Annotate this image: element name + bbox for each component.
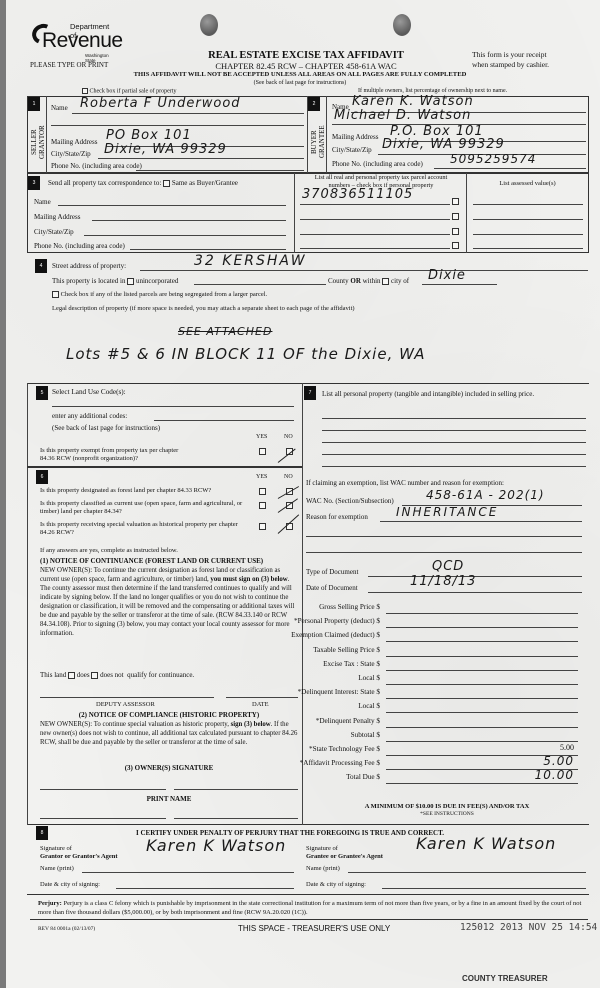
- section-number-6: 6: [36, 470, 48, 484]
- fee-row: *Personal Property (deduct) $: [302, 617, 592, 629]
- city-of-field[interactable]: Dixie: [428, 268, 466, 283]
- fee-row: Exemption Claimed (deduct) $: [302, 631, 592, 643]
- exempt-yes-checkbox[interactable]: [259, 448, 266, 455]
- county-treasurer-stamp: COUNTY TREASURER: [462, 974, 548, 983]
- personal-property-label: List all personal property (tangible and…: [322, 389, 584, 400]
- seller-grantor-label: SELLERGRANTOR: [30, 118, 46, 166]
- fee-label: *Personal Property (deduct) $: [294, 617, 380, 625]
- within-city-checkbox[interactable]: [382, 278, 389, 285]
- affidavit-page: Department of Revenue Washington State P…: [6, 0, 600, 988]
- street-address-field[interactable]: 32 KERSHAW: [194, 253, 307, 269]
- personal-property-checkbox[interactable]: [452, 198, 459, 205]
- legal-description-field[interactable]: Lots #5 & 6 IN BLOCK 11 OF the Dixie, WA: [66, 345, 425, 363]
- fee-value[interactable]: 5.00: [543, 754, 574, 768]
- section-number-4: 4: [35, 259, 47, 273]
- hole-punch: [200, 14, 218, 36]
- historic-yes-checkbox[interactable]: [259, 523, 266, 530]
- seller-city-field[interactable]: Dixie, WA 99329: [104, 142, 227, 157]
- historic-question: Is this property receiving special valua…: [40, 521, 245, 537]
- fee-row: *Delinquent Interest: State $: [302, 688, 592, 700]
- notice-compliance-title: (2) NOTICE OF COMPLIANCE (HISTORIC PROPE…: [40, 711, 298, 719]
- exempt-question: Is this property exempt from property ta…: [40, 447, 178, 463]
- grantee-signature-field[interactable]: Karen K Watson: [416, 834, 556, 853]
- wac-number-field[interactable]: 458-61A - 202(1): [426, 488, 545, 502]
- fee-label: Local $: [358, 674, 380, 682]
- fee-input-line[interactable]: [386, 627, 578, 628]
- personal-property-checkbox[interactable]: [452, 228, 459, 235]
- seller-mailing-field[interactable]: PO Box 101: [106, 128, 192, 143]
- same-as-buyer-checkbox[interactable]: [163, 180, 170, 187]
- hole-punch: [393, 14, 411, 36]
- treasurer-use-label: THIS SPACE - TREASURER'S USE ONLY: [238, 924, 390, 933]
- notice-continuance-text: NEW OWNER(S): To continue the current de…: [40, 566, 298, 638]
- form-chapter: CHAPTER 82.45 RCW – CHAPTER 458-61A WAC: [186, 61, 426, 71]
- buyer-name-field[interactable]: Karen K. Watson: [352, 94, 474, 109]
- fee-input-line[interactable]: [386, 670, 578, 671]
- section-number-5: 5: [36, 386, 48, 400]
- please-type-note: PLEASE TYPE OR PRINT: [30, 61, 108, 69]
- fee-label: *Affidavit Processing Fee $: [300, 759, 380, 767]
- section-number-1: 1: [28, 97, 40, 111]
- fee-label: Subtotal $: [351, 731, 380, 739]
- fee-row: Gross Selling Price $: [302, 603, 592, 615]
- segregated-parcel-checkbox[interactable]: [52, 291, 59, 298]
- partial-sale-checkbox[interactable]: Check box if partial sale of property: [82, 88, 176, 94]
- personal-property-checkbox[interactable]: [452, 213, 459, 220]
- fee-label: Local $: [358, 702, 380, 710]
- document-type-field[interactable]: QCD: [432, 559, 464, 574]
- receipt-note-1: This form is your receipt: [472, 50, 547, 59]
- fee-row: Excise Tax : State $: [302, 660, 592, 672]
- fee-row: *Delinquent Penalty $: [302, 717, 592, 729]
- buyer-name2-field[interactable]: Michael D. Watson: [334, 108, 471, 123]
- fee-input-line[interactable]: [386, 641, 578, 642]
- fee-input-line[interactable]: [386, 684, 578, 685]
- fee-label: Total Due $: [346, 773, 380, 781]
- completion-warning: THIS AFFIDAVIT WILL NOT BE ACCEPTED UNLE…: [90, 71, 510, 78]
- buyer-grantee-label: BUYERGRANTEE: [310, 118, 326, 166]
- fee-label: Excise Tax : State $: [323, 660, 380, 668]
- section-number-2: 2: [308, 97, 320, 111]
- fee-label: *State Technology Fee $: [309, 745, 380, 753]
- does-not-checkbox[interactable]: [91, 672, 98, 679]
- checkbox[interactable]: [82, 88, 88, 94]
- buyer-phone-field[interactable]: 5095259574: [450, 152, 536, 166]
- fee-label: *Delinquent Interest: State $: [298, 688, 380, 696]
- section-number-7: 7: [304, 386, 316, 400]
- continuance-line: This land does does not qualify for cont…: [40, 671, 194, 679]
- notice-compliance-text: NEW OWNER(S): To continue special valuat…: [40, 720, 298, 747]
- fee-label: Gross Selling Price $: [319, 603, 380, 611]
- fee-input-line[interactable]: [386, 783, 578, 784]
- perjury-statement: Perjury: Perjury is a class C felony whi…: [38, 899, 586, 917]
- see-instructions-note: *SEE INSTRUCTIONS: [302, 811, 592, 817]
- document-date-field[interactable]: 11/18/13: [410, 574, 476, 589]
- correspondence-label: Send all property tax correspondence to:…: [48, 179, 238, 187]
- revision-code: REV 84 0001a (02/13/07): [38, 926, 95, 932]
- fee-row: Taxable Selling Price $: [302, 646, 592, 658]
- fee-input-line[interactable]: [386, 613, 578, 614]
- see-back-note: (See back of last page for instructions): [90, 80, 510, 86]
- buyer-city-field[interactable]: Dixie, WA 99329: [382, 137, 505, 152]
- fee-label: Exemption Claimed (deduct) $: [291, 631, 380, 639]
- location-line: This property is located in unincorporat…: [52, 277, 178, 285]
- parcel-number-field[interactable]: 370836511105: [302, 187, 413, 202]
- fee-input-line[interactable]: [386, 656, 578, 657]
- assessed-value-header: List assessed value(s): [466, 180, 589, 187]
- section-number-3: 3: [28, 176, 40, 190]
- fee-value[interactable]: 5.00: [560, 743, 574, 752]
- exemption-reason-field[interactable]: INHERITANCE: [396, 505, 498, 519]
- section-number-8: 8: [36, 826, 48, 840]
- receipt-stamp: 125012 2013 NOV 25 14:54: [460, 922, 597, 933]
- legal-struck-text: SEE ATTACHED: [178, 325, 272, 338]
- legal-description-label: Legal description of property (if more s…: [52, 305, 355, 312]
- print-name-label: PRINT NAME: [40, 795, 298, 803]
- receipt-note-2: when stamped by cashier.: [472, 60, 549, 69]
- fee-label: *Delinquent Penalty $: [316, 717, 380, 725]
- personal-property-checkbox[interactable]: [452, 242, 459, 249]
- form-title: REAL ESTATE EXCISE TAX AFFIDAVIT: [186, 50, 426, 61]
- fee-row: Total Due $10.00: [302, 773, 592, 785]
- fee-input-line[interactable]: [386, 727, 578, 728]
- owner-signature-label: (3) OWNER(S) SIGNATURE: [40, 764, 298, 772]
- current-use-question: Is this property classified as current u…: [40, 500, 245, 516]
- fee-input-line[interactable]: [386, 712, 578, 713]
- minimum-due-note: A MINIMUM OF $10.00 IS DUE IN FEE(S) AND…: [302, 803, 592, 810]
- fee-row: Local $: [302, 674, 592, 686]
- fee-label: Taxable Selling Price $: [313, 646, 380, 654]
- notice-continuance-title: (1) NOTICE OF CONTINUANCE (FOREST LAND O…: [40, 557, 263, 565]
- seller-name-field[interactable]: Roberta F Underwood: [80, 96, 241, 111]
- fee-input-line[interactable]: [386, 741, 578, 742]
- fee-input-line[interactable]: [386, 698, 578, 699]
- fee-value[interactable]: 10.00: [535, 768, 574, 782]
- unincorporated-checkbox[interactable]: [127, 278, 134, 285]
- forest-land-question: Is this property designated as forest la…: [40, 487, 252, 495]
- fee-row: Subtotal $: [302, 731, 592, 743]
- forest-yes-checkbox[interactable]: [259, 488, 266, 495]
- fee-row: Local $: [302, 702, 592, 714]
- does-checkbox[interactable]: [68, 672, 75, 679]
- current-use-yes-checkbox[interactable]: [259, 502, 266, 509]
- grantor-signature-field[interactable]: Karen K Watson: [146, 836, 286, 855]
